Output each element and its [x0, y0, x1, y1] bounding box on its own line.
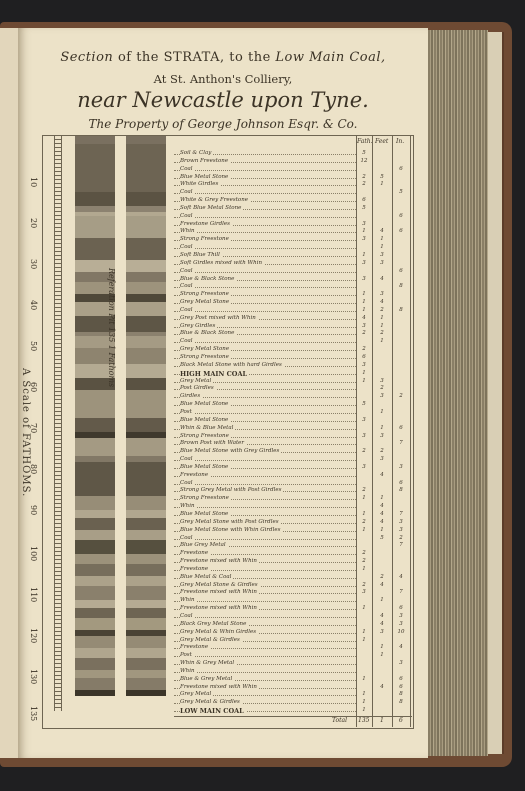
inches-value: 10	[394, 629, 408, 635]
fathoms-value: 3	[357, 276, 371, 282]
strata-row: Freestone4	[174, 472, 412, 480]
stratum-name: Coal	[180, 456, 195, 462]
stratum-band	[126, 144, 166, 192]
feet-value: 4	[375, 503, 389, 509]
fathoms-value: 6	[357, 354, 371, 360]
stratum-name: Blue & Black Stone	[180, 330, 236, 336]
inches-value: 8	[394, 283, 408, 289]
stratum-band	[75, 636, 115, 648]
stratum-name: Freestone Girdles	[180, 221, 232, 227]
leader-dots	[174, 601, 356, 602]
strata-row: Whin1	[174, 597, 412, 605]
fathoms-value: 1	[357, 495, 371, 501]
stratum-band	[75, 192, 115, 206]
strata-row: Coal1	[174, 338, 412, 346]
stratum-name: Coal	[180, 166, 195, 172]
leader-dots	[174, 413, 356, 414]
strata-row: Strong Freestone11	[174, 495, 412, 503]
strata-row: Coal6	[174, 213, 412, 221]
stratum-band	[126, 462, 166, 496]
feet-value: 2	[375, 448, 389, 454]
leader-dots	[174, 248, 356, 249]
feet-value: 4	[375, 519, 389, 525]
stratum-band	[126, 636, 166, 648]
stratum-name: Blue Grey Metal	[180, 542, 228, 548]
fathoms-value: 2	[357, 346, 371, 352]
leader-dots	[174, 460, 356, 461]
strata-column-right	[126, 136, 166, 711]
stratum-name: Coal	[180, 244, 195, 250]
feet-value: 1	[375, 425, 389, 431]
strata-row: Grey Metal Stone & Girdles24	[174, 582, 412, 590]
inches-value: 7	[394, 511, 408, 517]
inches-value: 6	[394, 228, 408, 234]
stratum-band	[75, 618, 115, 630]
stratum-name: Blue & Grey Metal	[180, 676, 234, 682]
stratum-band	[75, 540, 115, 554]
stratum-name: Whin	[180, 503, 197, 509]
stratum-band	[126, 136, 166, 144]
stratum-name: Soil & Clay	[180, 150, 213, 156]
inches-value: 3	[394, 621, 408, 627]
inches-value: 6	[394, 676, 408, 682]
scale-tick-label: 10	[29, 177, 38, 187]
feet-value: 3	[375, 291, 389, 297]
strata-row: Blue Metal Stone147	[174, 511, 412, 519]
strata-row: Freestone14	[174, 644, 412, 652]
fathoms-value: 1	[357, 699, 371, 705]
feet-value: 1	[375, 409, 389, 415]
fathoms-value: 2	[357, 550, 371, 556]
strata-row: Strong Freestone31	[174, 236, 412, 244]
inches-value: 6	[394, 480, 408, 486]
scale-tick-label: 20	[29, 218, 38, 228]
stratum-name: Freestone mixed with Whin	[180, 605, 259, 611]
fathoms-value: 3	[357, 236, 371, 242]
title-line-1: Section of the STRATA, to the Low Main C…	[18, 50, 428, 65]
stratum-name: Post Girdles	[180, 385, 216, 391]
stratum-name: Grey Metal & Girdles	[180, 637, 242, 643]
strata-row: Blue Metal Stone with Grey Girdles22	[174, 448, 412, 456]
inches-value: 8	[394, 487, 408, 493]
feet-value: 3	[375, 456, 389, 462]
stratum-band	[75, 576, 115, 586]
strata-row: Grey Metal Stone14	[174, 299, 412, 307]
stratum-name: Freestone mixed with Whin	[180, 684, 259, 690]
strata-row: Coal6	[174, 268, 412, 276]
stratum-band	[126, 670, 166, 678]
inches-value: 6	[394, 213, 408, 219]
strata-row: Coal5	[174, 189, 412, 197]
feet-value: 4	[375, 582, 389, 588]
fathoms-value: 1	[357, 228, 371, 234]
scale-tick-label: 120	[29, 628, 38, 643]
stratum-name: Grey Metal Stone & Girdles	[180, 582, 260, 588]
strata-row: Grey Metal & Girdles18	[174, 699, 412, 707]
stratum-band	[126, 658, 166, 670]
stratum-band	[126, 216, 166, 238]
leader-dots	[174, 232, 356, 233]
fathoms-value: 1	[357, 527, 371, 533]
leader-dots	[174, 170, 356, 171]
stratum-band	[75, 586, 115, 600]
stratum-name: Strong Freestone	[180, 495, 231, 501]
header-feet: Feet	[375, 138, 388, 145]
stratum-name: Grey Metal	[180, 378, 213, 384]
title-low-main-coal: Low Main Coal,	[275, 50, 385, 65]
strata-row: Freestone mixed with Whin2	[174, 558, 412, 566]
strata-row: Blue & Black Stone22	[174, 330, 412, 338]
strata-row: Brown Post with Water7	[174, 440, 412, 448]
stratum-band	[126, 510, 166, 518]
strata-row: Strong Freestone33	[174, 433, 412, 441]
feet-value: 2	[375, 330, 389, 336]
strata-row: Grey Metal Stone with Post Girdles243	[174, 519, 412, 527]
feet-value: 1	[375, 495, 389, 501]
fathoms-value: 3	[357, 417, 371, 423]
stratum-name: Blue & Black Stone	[180, 276, 236, 282]
scale-label: A Scale of FATHOMS.	[20, 368, 31, 497]
stratum-band	[126, 530, 166, 540]
strata-row: Strong Grey Metal with Post Girdles28	[174, 487, 412, 495]
fathoms-value: 3	[357, 260, 371, 266]
inches-value: 6	[394, 425, 408, 431]
scale-tick-label: 110	[29, 587, 38, 602]
fathoms-value: 5	[357, 401, 371, 407]
inches-value: 6	[394, 684, 408, 690]
stratum-band	[75, 238, 115, 260]
strata-table: Fath. Feet In. Soil & Clay5Brown Freesto…	[174, 136, 412, 727]
feet-value: 2	[375, 307, 389, 313]
fathoms-value: 3	[357, 323, 371, 329]
reference-label: Referation Pit 135 1 Fathoms	[107, 268, 116, 387]
feet-value: 1	[375, 315, 389, 321]
stratum-name: Blue Metal Stone	[180, 511, 230, 517]
strata-row: Soil & Clay5	[174, 150, 412, 158]
stratum-band	[126, 438, 166, 456]
stratum-band	[126, 238, 166, 260]
leader-dots	[174, 656, 356, 657]
strata-row: Freestone1	[174, 566, 412, 574]
stratum-band	[75, 136, 115, 144]
inches-value: 8	[394, 699, 408, 705]
scale-tick-label: 90	[29, 505, 38, 515]
leader-dots	[174, 484, 356, 485]
inches-value: 8	[394, 691, 408, 697]
strata-row: Soft Blue Thill13	[174, 252, 412, 260]
left-page-edge	[0, 28, 19, 758]
stratum-band	[75, 648, 115, 658]
title-strata: of the STRATA, to the	[118, 50, 271, 65]
feet-value: 1	[375, 527, 389, 533]
stratum-band	[126, 260, 166, 272]
fathoms-value: 1	[357, 299, 371, 305]
strata-row: Grey Girdles31	[174, 323, 412, 331]
stratum-band	[75, 144, 115, 192]
stratum-name: Grey Girdles	[180, 323, 217, 329]
inches-value: 6	[394, 605, 408, 611]
total-row: Total 135 1 6	[174, 716, 412, 728]
feet-value: 3	[375, 378, 389, 384]
stratum-band	[126, 576, 166, 586]
fathoms-value: 2	[357, 558, 371, 564]
feet-value: 1	[375, 323, 389, 329]
strata-row: Coal6	[174, 166, 412, 174]
scale-tick-label: 130	[29, 669, 38, 684]
strata-row: Coal128	[174, 307, 412, 315]
stratum-name: Coal	[180, 535, 195, 541]
stratum-band	[75, 510, 115, 518]
leader-dots	[174, 507, 356, 508]
stratum-name: Blue Metal Stone	[180, 174, 230, 180]
stratum-name: Black Metal Stone with hard Girdles	[180, 362, 284, 368]
stratum-band	[126, 518, 166, 530]
stratum-band	[75, 690, 115, 696]
strata-row: Coal6	[174, 480, 412, 488]
header-fathoms: Fath.	[357, 138, 373, 145]
leader-dots	[174, 617, 356, 618]
strata-row: Grey Metal13	[174, 378, 412, 386]
fathoms-value: 2	[357, 487, 371, 493]
stratum-band	[75, 608, 115, 618]
stratum-name: LOW MAIN COAL	[180, 707, 246, 715]
stratum-band	[126, 564, 166, 576]
fathoms-value: 2	[357, 330, 371, 336]
stratum-name: Blue Metal Stone	[180, 417, 230, 423]
fathoms-value: 3	[357, 433, 371, 439]
strata-row: Soft Blue Metal Stone5	[174, 205, 412, 213]
stratum-name: Whin & Blue Metal	[180, 425, 235, 431]
fathoms-value: 1	[357, 291, 371, 297]
leader-dots	[174, 311, 356, 312]
fathoms-value: 5	[357, 205, 371, 211]
scale-tick-label: 40	[29, 300, 38, 310]
stratum-band	[75, 530, 115, 540]
stratum-name: Strong Freestone	[180, 354, 231, 360]
inches-value: 3	[394, 660, 408, 666]
stratum-name: Grey Metal Stone	[180, 346, 231, 352]
stratum-band	[126, 418, 166, 432]
leader-dots	[174, 217, 356, 218]
stratum-name: HIGH MAIN COAL	[180, 370, 249, 378]
stratum-name: Coal	[180, 268, 195, 274]
stratum-name: Coal	[180, 613, 195, 619]
feet-value: 2	[375, 385, 389, 391]
inches-value: 5	[394, 189, 408, 195]
stratum-name: Strong Freestone	[180, 291, 231, 297]
strata-row: Blue & Black Stone34	[174, 276, 412, 284]
stratum-name: Grey Metal & Girdles	[180, 699, 242, 705]
stratum-name: Soft Blue Metal Stone	[180, 205, 243, 211]
title-property: The Property of George Johnson Esqr. & C…	[18, 117, 428, 131]
stratum-band	[75, 658, 115, 670]
page-edges	[428, 30, 488, 756]
strata-row: Grey Post mixed with Whin41	[174, 315, 412, 323]
feet-value: 1	[375, 652, 389, 658]
feet-value: 3	[375, 433, 389, 439]
strata-column-left	[75, 136, 115, 711]
stratum-name: Grey Metal	[180, 691, 213, 697]
stratum-name: Freestone	[180, 472, 210, 478]
strata-row: Blue Metal Stone with Whin Girdles113	[174, 527, 412, 535]
strata-row: Coal43	[174, 613, 412, 621]
stratum-name: Strong Freestone	[180, 236, 231, 242]
feet-value: 3	[375, 252, 389, 258]
strata-row: Freestone mixed with Whin16	[174, 605, 412, 613]
strata-row: Freestone Girdles3	[174, 221, 412, 229]
strata-row: Grey Metal & Girdles1	[174, 637, 412, 645]
strata-row: Post1	[174, 409, 412, 417]
stratum-band	[75, 216, 115, 238]
strata-row: Coal1	[174, 244, 412, 252]
strata-row: HIGH MAIN COAL1	[174, 370, 412, 378]
feet-value: 1	[375, 181, 389, 187]
strata-row: Grey Metal & Whin Girdles1310	[174, 629, 412, 637]
stratum-name: Strong Freestone	[180, 433, 231, 439]
fathoms-value: 1	[357, 252, 371, 258]
fathoms-value: 1	[357, 511, 371, 517]
leader-dots	[174, 342, 356, 343]
feet-value: 3	[375, 629, 389, 635]
strata-row: White & Grey Freestone6	[174, 197, 412, 205]
fathoms-value: 2	[357, 174, 371, 180]
stratum-name: Post	[180, 652, 194, 658]
strata-row: Soft Girdles mixed with Whin33	[174, 260, 412, 268]
fathoms-value: 4	[357, 315, 371, 321]
inches-value: 7	[394, 440, 408, 446]
stratum-name: Grey Metal Stone with Post Girdles	[180, 519, 281, 525]
strata-row: Freestone mixed with Whin37	[174, 589, 412, 597]
leader-dots	[174, 272, 356, 273]
inches-value: 4	[394, 644, 408, 650]
leader-dots	[174, 193, 356, 194]
fathoms-value: 2	[357, 448, 371, 454]
fathoms-value: 1	[357, 707, 371, 713]
strata-row: Whin & Blue Metal16	[174, 425, 412, 433]
stratum-band	[126, 390, 166, 418]
strata-row: Strong Freestone13	[174, 291, 412, 299]
inches-value: 3	[394, 464, 408, 470]
strata-row: Post1	[174, 652, 412, 660]
feet-value: 2	[375, 574, 389, 580]
total-label: Total	[332, 717, 347, 724]
stratum-band	[126, 272, 166, 282]
stratum-name: Blue Metal Stone	[180, 464, 230, 470]
stratum-band	[126, 378, 166, 390]
strata-row: Freestone2	[174, 550, 412, 558]
stratum-band	[126, 608, 166, 618]
stratum-name: Whin & Grey Metal	[180, 660, 236, 666]
fathoms-value: 1	[357, 566, 371, 572]
stratum-name: Soft Girdles mixed with Whin	[180, 260, 264, 266]
strata-row: Strong Freestone6	[174, 354, 412, 362]
fathom-scale	[54, 136, 62, 711]
strata-row: Blue Metal Stone25	[174, 174, 412, 182]
feet-value: 4	[375, 511, 389, 517]
strata-row: Grey Metal18	[174, 691, 412, 699]
fathoms-value: 3	[357, 362, 371, 368]
stratum-name: Strong Grey Metal with Post Girdles	[180, 487, 283, 493]
stratum-band	[75, 390, 115, 418]
fathoms-value: 3	[357, 221, 371, 227]
stratum-band	[126, 316, 166, 332]
stratum-band	[126, 600, 166, 608]
stratum-band	[75, 670, 115, 678]
stratum-band	[75, 600, 115, 608]
stratum-band	[126, 282, 166, 294]
stratum-name: Black Grey Metal Stone	[180, 621, 248, 627]
stratum-band	[75, 518, 115, 530]
inches-value: 4	[394, 574, 408, 580]
leader-dots	[174, 539, 356, 540]
feet-value: 4	[375, 621, 389, 627]
strata-row: Whin	[174, 668, 412, 676]
stratum-name: Blue Metal Stone with Whin Girdles	[180, 527, 282, 533]
fathoms-value: 12	[357, 158, 371, 164]
stratum-band	[75, 554, 115, 564]
title-colliery: At St. Anthon's Colliery,	[18, 72, 428, 86]
inches-value: 2	[394, 393, 408, 399]
stratum-band	[75, 462, 115, 496]
title-location: near Newcastle upon Tyne.	[18, 88, 428, 112]
stratum-name: Whin	[180, 597, 197, 603]
feet-value: 1	[375, 644, 389, 650]
feet-value: 4	[375, 684, 389, 690]
leader-dots	[174, 287, 356, 288]
stratum-band	[75, 418, 115, 432]
stratum-name: Coal	[180, 480, 195, 486]
stratum-name: Freestone mixed with Whin	[180, 589, 259, 595]
fathoms-value: 2	[357, 519, 371, 525]
stratum-name: Brown Post with Water	[180, 440, 246, 446]
fathoms-value: 1	[357, 637, 371, 643]
strata-row: Coal8	[174, 283, 412, 291]
leader-dots	[174, 672, 356, 673]
fathoms-value: 1	[357, 691, 371, 697]
stratum-band	[126, 294, 166, 302]
stratum-band	[126, 690, 166, 696]
stratum-band	[126, 586, 166, 600]
document-page: Section of the STRATA, to the Low Main C…	[18, 28, 428, 758]
feet-value: 4	[375, 228, 389, 234]
inches-value: 2	[394, 535, 408, 541]
stratum-name: Whin	[180, 228, 197, 234]
stratum-band	[126, 364, 166, 378]
fathoms-value: 2	[357, 582, 371, 588]
feet-value: 5	[375, 535, 389, 541]
strata-row: Black Metal Stone with hard Girdles3	[174, 362, 412, 370]
fathoms-value: 3	[357, 464, 371, 470]
fathoms-value: 1	[357, 605, 371, 611]
stratum-band	[75, 678, 115, 690]
stratum-name: Grey Post mixed with Whin	[180, 315, 258, 321]
fathoms-value: 3	[357, 589, 371, 595]
stratum-name: Freestone mixed with Whin	[180, 558, 259, 564]
strata-row: Black Grey Metal Stone43	[174, 621, 412, 629]
stratum-name: Girdles	[180, 393, 202, 399]
scale-tick-label: 135	[29, 706, 38, 721]
strata-row: Blue & Grey Metal16	[174, 676, 412, 684]
stratum-name: Post	[180, 409, 194, 415]
stratum-band	[126, 302, 166, 316]
title-section-word: Section	[60, 50, 113, 65]
strata-row: Blue Metal Stone3	[174, 417, 412, 425]
strata-row: Blue Grey Metal7	[174, 542, 412, 550]
total-inches: 6	[399, 717, 403, 724]
stratum-band	[75, 564, 115, 576]
feet-value: 4	[375, 299, 389, 305]
stratum-name: Coal	[180, 338, 195, 344]
